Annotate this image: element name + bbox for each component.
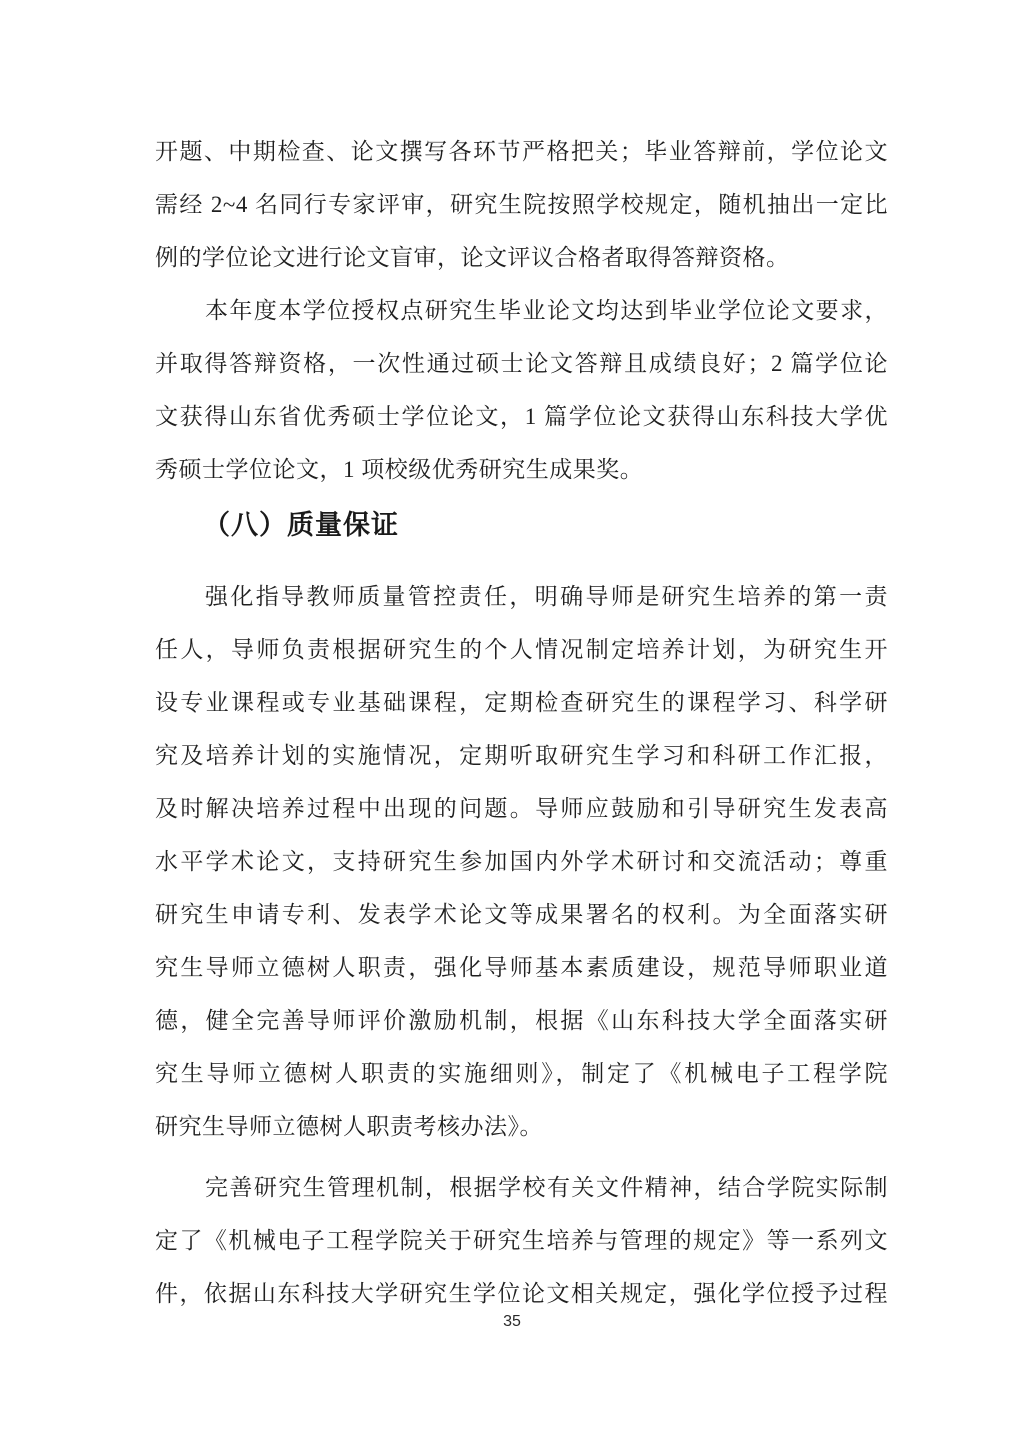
paragraph-thesis-review: 开题、中期检查、论文撰写各环节严格把关；毕业答辩前，学位论文 需经 2~4 名同… bbox=[155, 125, 888, 284]
section-heading-quality-assurance: （八）质量保证 bbox=[155, 502, 888, 548]
paragraph-supervisor-responsibility: 强化指导教师质量管控责任，明确导师是研究生培养的第一责 任人，导师负责根据研究生… bbox=[155, 570, 888, 1153]
text-block: 开题、中期检查、论文撰写各环节严格把关；毕业答辩前，学位论文 需经 2~4 名同… bbox=[155, 125, 888, 1320]
text-line: 设专业课程或专业基础课程，定期检查研究生的课程学习、科学研 bbox=[155, 676, 888, 729]
text-line: 研究生申请专利、发表学术论文等成果署名的权利。为全面落实研 bbox=[155, 888, 888, 941]
text-line: 水平学术论文，支持研究生参加国内外学术研讨和交流活动；尊重 bbox=[155, 835, 888, 888]
text-line: 本年度本学位授权点研究生毕业论文均达到毕业学位论文要求， bbox=[155, 284, 888, 337]
text-line: 究生导师立德树人职责的实施细则》，制定了《机械电子工程学院 bbox=[155, 1047, 888, 1100]
text-line: 并取得答辩资格，一次性通过硕士论文答辩且成绩良好；2 篇学位论 bbox=[155, 337, 888, 390]
text-line: 及时解决培养过程中出现的问题。导师应鼓励和引导研究生发表高 bbox=[155, 782, 888, 835]
text-line: 开题、中期检查、论文撰写各环节严格把关；毕业答辩前，学位论文 bbox=[155, 125, 888, 178]
text-line: 德，健全完善导师评价激励机制，根据《山东科技大学全面落实研 bbox=[155, 994, 888, 1047]
document-page: 开题、中期检查、论文撰写各环节严格把关；毕业答辩前，学位论文 需经 2~4 名同… bbox=[0, 0, 1024, 1448]
text-line: 究及培养计划的实施情况，定期听取研究生学习和科研工作汇报， bbox=[155, 729, 888, 782]
paragraph-thesis-results: 本年度本学位授权点研究生毕业论文均达到毕业学位论文要求， 并取得答辩资格，一次性… bbox=[155, 284, 888, 496]
paragraph-management-mechanism: 完善研究生管理机制，根据学校有关文件精神，结合学院实际制 定了《机械电子工程学院… bbox=[155, 1161, 888, 1320]
text-line: 任人，导师负责根据研究生的个人情况制定培养计划，为研究生开 bbox=[155, 623, 888, 676]
text-line: 强化指导教师质量管控责任，明确导师是研究生培养的第一责 bbox=[155, 570, 888, 623]
text-line: 完善研究生管理机制，根据学校有关文件精神，结合学院实际制 bbox=[155, 1161, 888, 1214]
text-line: 定了《机械电子工程学院关于研究生培养与管理的规定》等一系列文 bbox=[155, 1214, 888, 1267]
text-line: 需经 2~4 名同行专家评审，研究生院按照学校规定，随机抽出一定比 bbox=[155, 178, 888, 231]
text-line: 例的学位论文进行论文盲审，论文评议合格者取得答辩资格。 bbox=[155, 231, 888, 284]
text-line: 究生导师立德树人职责，强化导师基本素质建设，规范导师职业道 bbox=[155, 941, 888, 994]
text-line: 文获得山东省优秀硕士学位论文，1 篇学位论文获得山东科技大学优 bbox=[155, 390, 888, 443]
page-number: 35 bbox=[0, 1308, 1024, 1336]
text-line: 秀硕士学位论文，1 项校级优秀研究生成果奖。 bbox=[155, 443, 888, 496]
text-line: 研究生导师立德树人职责考核办法》。 bbox=[155, 1100, 888, 1153]
